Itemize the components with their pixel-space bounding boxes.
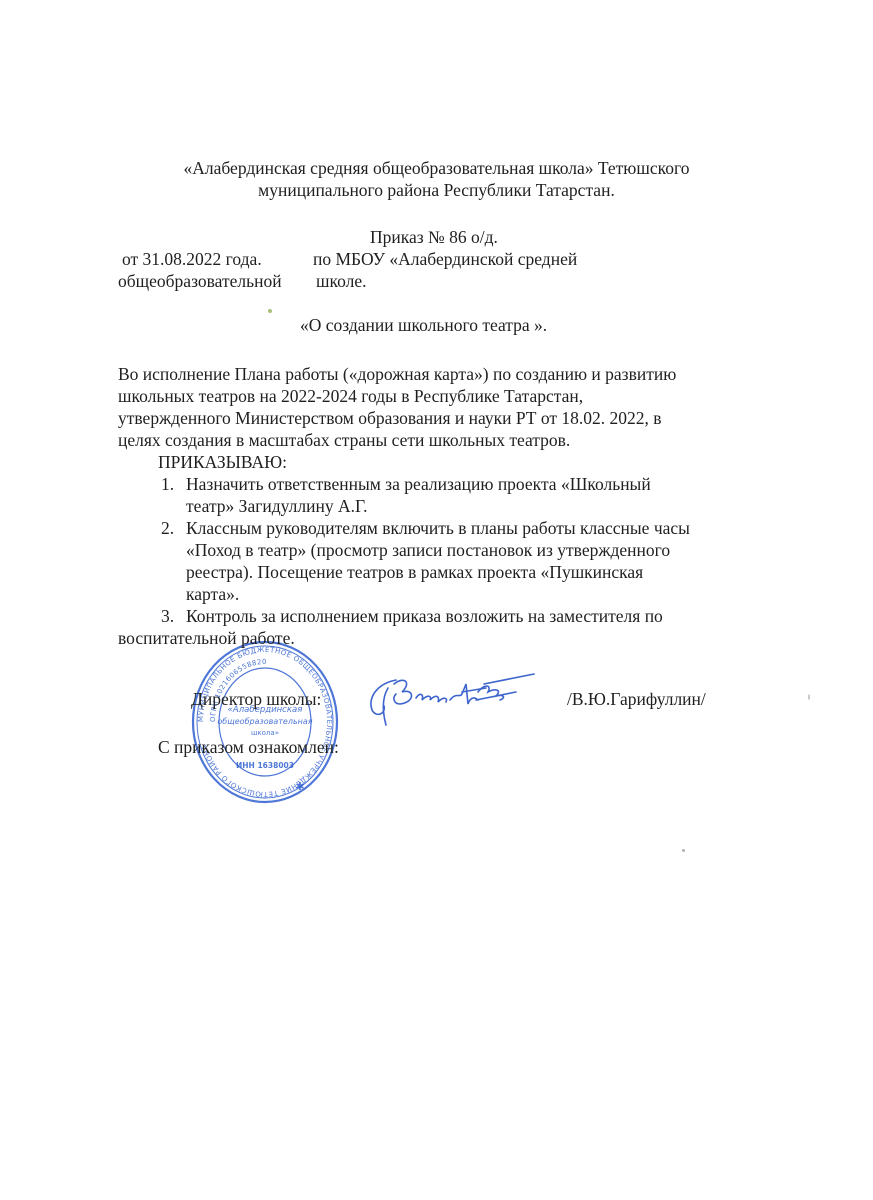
order-date: от 31.08.2022 года. xyxy=(122,249,262,270)
item-number: 2. xyxy=(161,518,174,539)
order-subject: «О создании школьного театра ». xyxy=(300,315,547,336)
paper-speck xyxy=(268,309,272,313)
director-name: /В.Ю.Гарифуллин/ xyxy=(567,689,706,710)
preamble-line: школьных театров на 2022-2024 годы в Рес… xyxy=(118,386,583,407)
item-line: воспитательной работе. xyxy=(118,628,295,649)
svg-text:ИНН 1638003: ИНН 1638003 xyxy=(236,761,294,770)
item-line: Контроль за исполнением приказа возложит… xyxy=(186,606,663,627)
order-title: Приказ № 86 о/д. xyxy=(370,227,498,248)
preamble-line: утвержденного Министерством образования … xyxy=(118,408,662,429)
school-name-line-1: «Алабердинская средняя общеобразовательн… xyxy=(0,158,873,179)
item-line: карта». xyxy=(186,584,239,605)
scan-speck xyxy=(682,849,685,852)
item-line: реестра). Посещение театров в рамках про… xyxy=(186,562,643,583)
signature-icon xyxy=(366,670,536,730)
scan-speck xyxy=(808,694,810,700)
item-line: Назначить ответственным за реализацию пр… xyxy=(186,474,651,495)
preamble-line: Во исполнение Плана работы («дорожная ка… xyxy=(118,364,676,385)
director-role: Директор школы: xyxy=(191,689,321,710)
svg-text:общеобразовательная: общеобразовательная xyxy=(217,717,312,726)
item-line: «Поход в театр» (просмотр записи постано… xyxy=(186,540,670,561)
official-stamp-icon: МУНИЦИПАЛЬНОЕ БЮДЖЕТНОЕ ОБЩЕОБРАЗОВАТЕЛЬ… xyxy=(190,640,340,805)
decree-word: ПРИКАЗЫВАЮ: xyxy=(158,452,287,473)
item-number: 1. xyxy=(161,474,174,495)
acknowledged-label: С приказом ознакомлен: xyxy=(158,737,339,758)
order-issuer-line-2-left: общеобразовательной xyxy=(118,271,282,292)
school-name-line-2: муниципального района Республики Татарст… xyxy=(0,180,873,201)
order-issuer-line-1: по МБОУ «Алабердинской средней xyxy=(313,249,577,270)
item-number: 3. xyxy=(161,606,174,627)
item-line: театр» Загидуллину А.Г. xyxy=(186,496,368,517)
svg-text:школа»: школа» xyxy=(251,729,279,737)
item-line: Классным руководителям включить в планы … xyxy=(186,518,690,539)
preamble-line: целях создания в масштабах страны сети ш… xyxy=(118,430,570,451)
order-issuer-line-2-right: школе. xyxy=(316,271,366,292)
svg-text:✱: ✱ xyxy=(295,780,304,793)
